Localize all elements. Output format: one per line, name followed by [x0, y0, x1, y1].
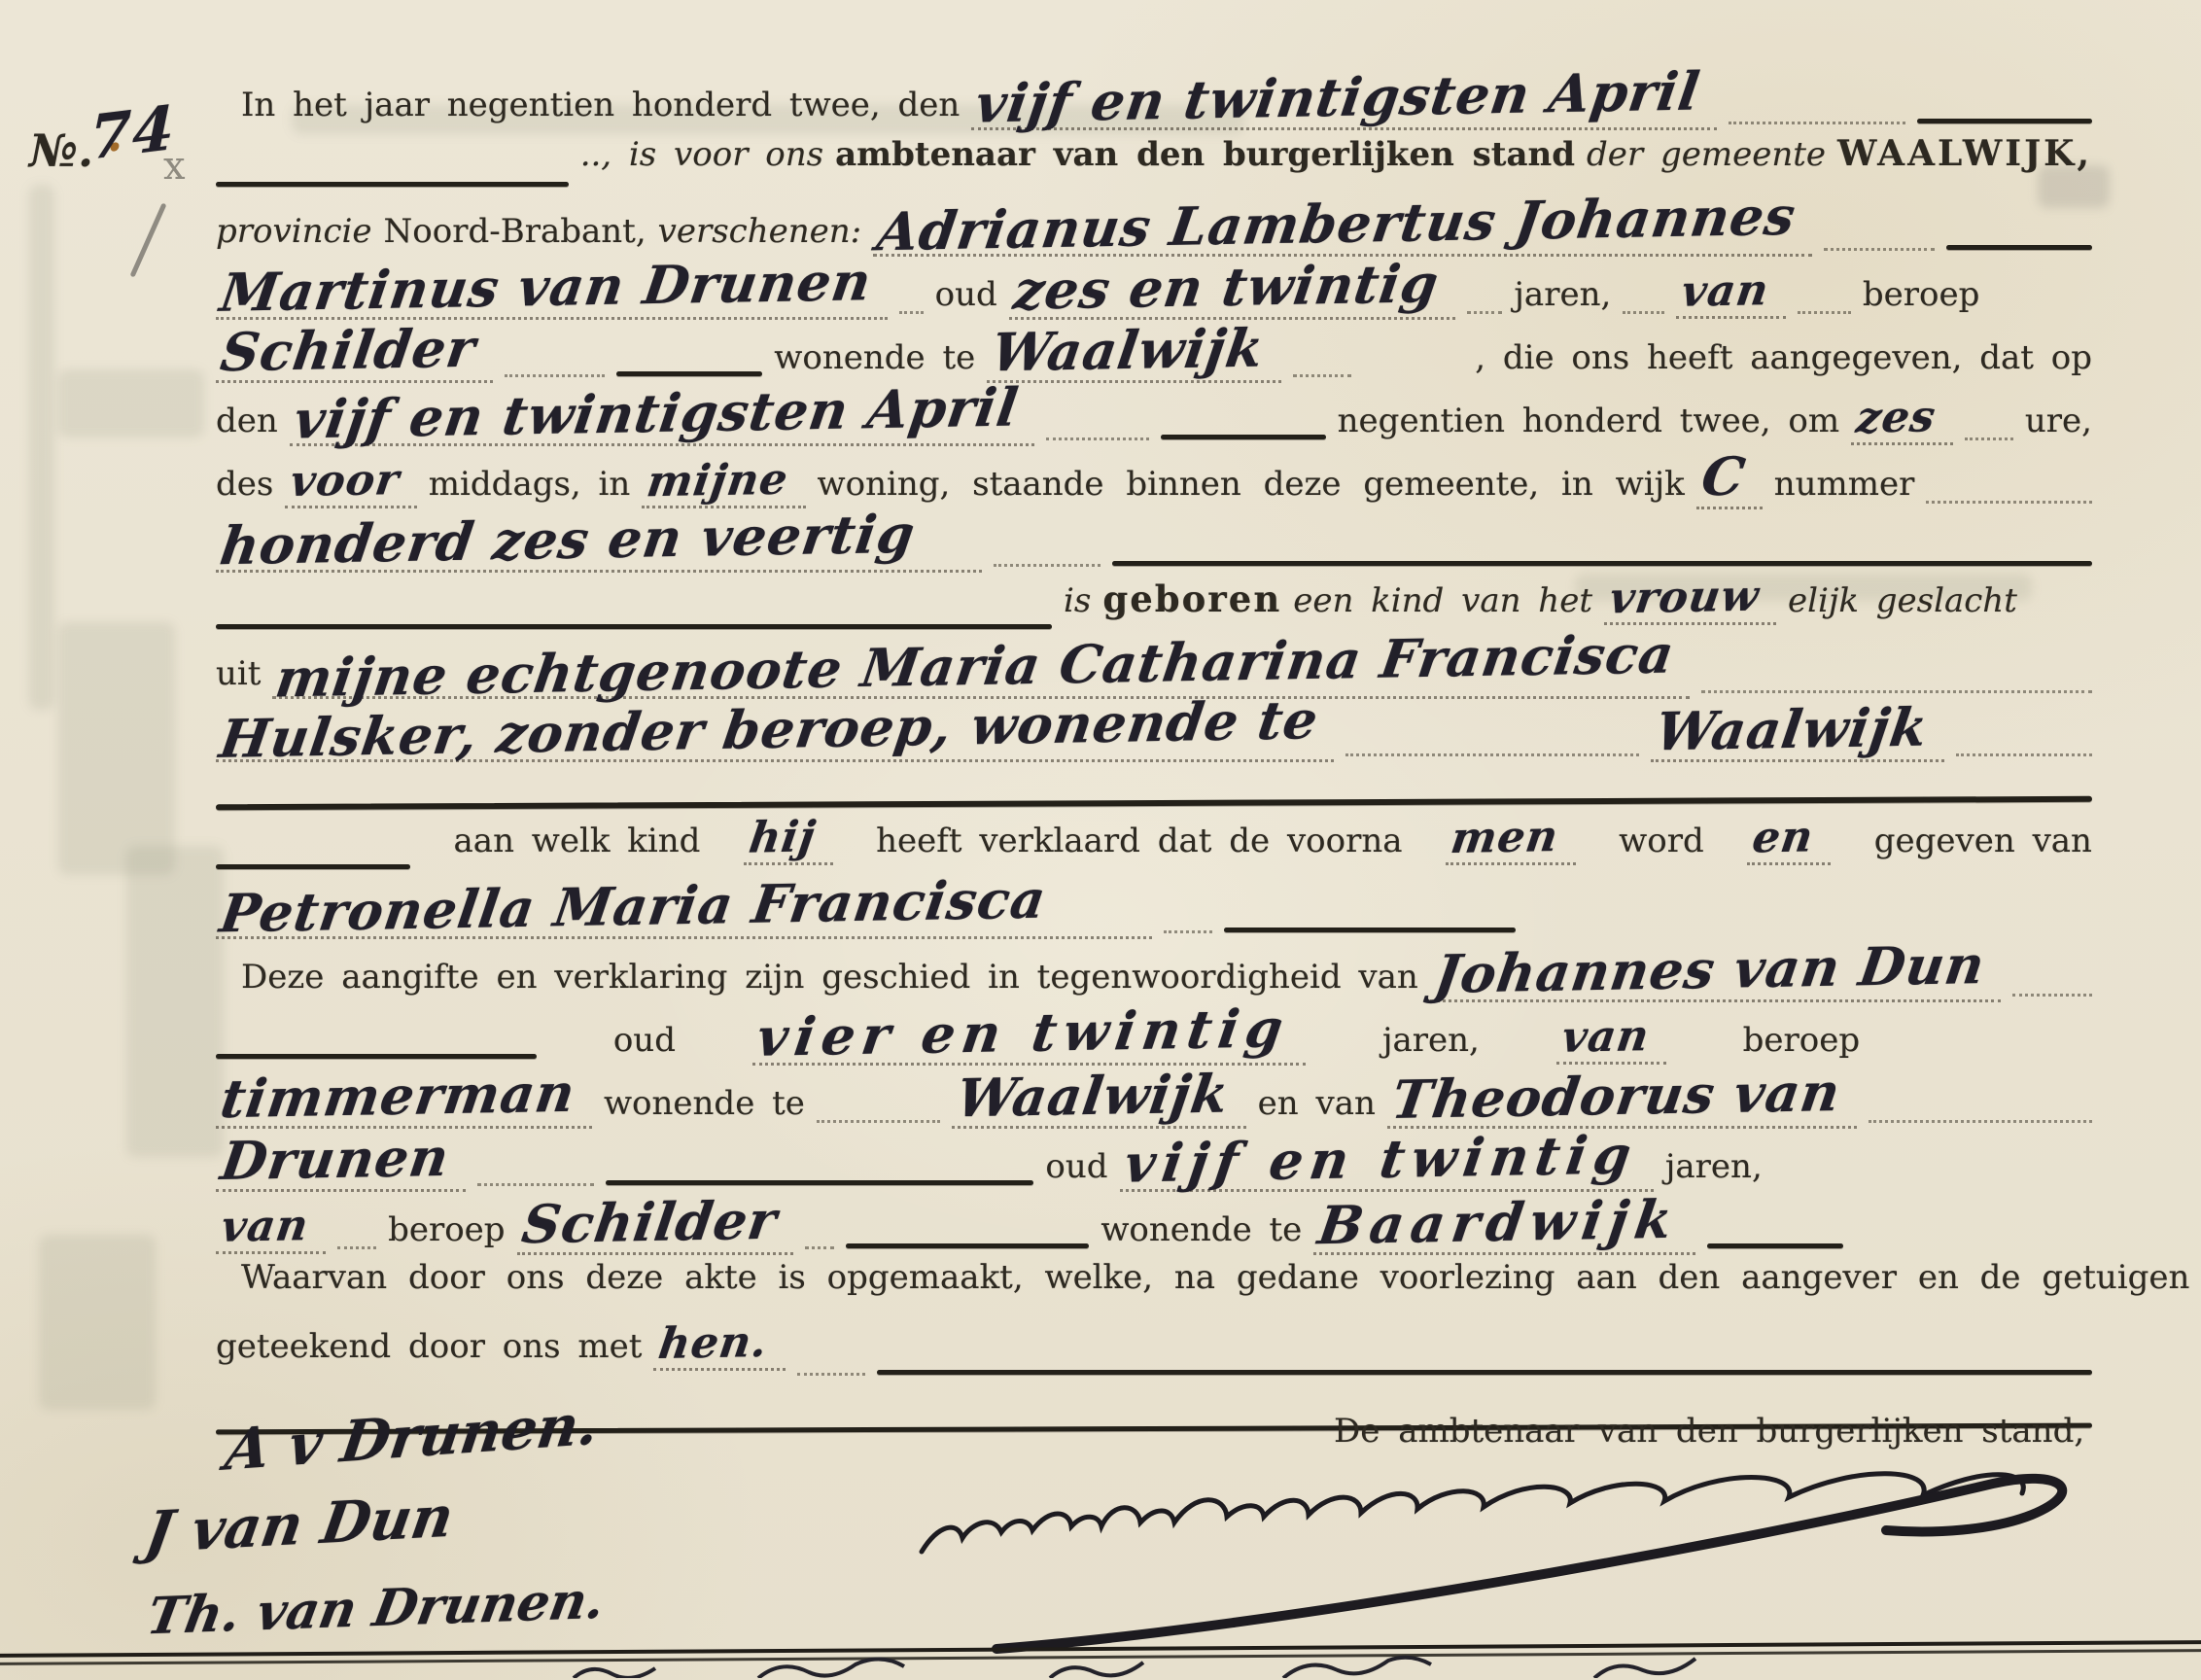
line-house-number: honderd zes en veertig	[216, 512, 2092, 576]
entry-witness1-name: Johannes van Dun	[1431, 937, 1988, 1002]
printed-aged-label: oud	[613, 1021, 676, 1060]
printed-on-the: den	[216, 402, 278, 440]
pencil-check-mark: x	[163, 144, 186, 189]
filler-rule	[616, 371, 762, 376]
printed-is-label: is	[1064, 581, 1091, 620]
entry-van-filler: van	[1679, 268, 1772, 315]
filler-rule	[606, 1180, 1033, 1185]
pencil-tally-mark	[130, 203, 167, 278]
entry-declarant-first-names: Adrianus Lambertus Johannes	[874, 189, 1799, 260]
filler-rule	[1707, 1243, 1843, 1248]
entry-van-filler: van	[219, 1204, 312, 1250]
separator-rule	[216, 796, 2092, 810]
entry-child-names: Petronella Maria Francisca	[217, 872, 1050, 941]
printed-to-which-child: aan welk kind	[454, 822, 701, 860]
certificate-body: In het jaar negentien honderd twee, den …	[216, 70, 2092, 1441]
line-closing-statement: Waarvan door ons deze akte is opgemaakt,…	[216, 1258, 2092, 1321]
bleed-through-mark	[29, 185, 54, 710]
dotted-filler	[1824, 248, 1935, 251]
entry-witness1-residence: Waalwijk	[954, 1067, 1233, 1127]
printed-child-of-phrase: een kind van het	[1293, 581, 1592, 620]
bleed-through-mark	[58, 369, 204, 437]
entry-word-suffix: en	[1750, 815, 1817, 860]
dotted-filler	[1956, 753, 2092, 756]
entry-names-suffix: men	[1449, 815, 1561, 861]
printed-occupation-label: beroep	[1863, 275, 1980, 314]
printed-closing-statement: Waarvan door ons deze akte is opgemaakt,…	[216, 1258, 2201, 1297]
filler-rule	[1917, 119, 2092, 123]
next-entry-glimpse	[544, 1653, 2003, 1678]
line-year-date: In het jaar negentien honderd twee, den …	[216, 70, 2092, 133]
printed-before-us: .., is voor ons	[580, 135, 823, 174]
printed-aged-label: oud	[1045, 1147, 1107, 1186]
dotted-filler	[994, 564, 1100, 567]
entry-birth-hour: zes	[1854, 395, 1939, 441]
line-registrar-municipality: .., is voor ons ambtenaar van den burger…	[216, 133, 2092, 196]
line-child-born-gender: is geboren een kind van het vrouw elijk …	[216, 576, 2092, 639]
printed-born-label: geboren	[1102, 577, 1281, 620]
filler-rule	[216, 1054, 537, 1059]
printed-year-hour-phrase: negentien honderd twee, om	[1338, 402, 1839, 440]
line-witness2-occupation-residence: van beroep Schilder wonende te Baardwijk	[216, 1195, 2092, 1258]
dotted-filler	[1046, 437, 1149, 440]
printed-signed-by-us-with: geteekend door ons met	[216, 1327, 642, 1366]
printed-of-municipality: der gemeente	[1587, 135, 1826, 174]
printed-municipality-name: WAALWIJK,	[1837, 133, 2092, 174]
line-province-appeared: provincie Noord-Brabant, verschenen: Adr…	[216, 196, 2092, 260]
entry-declarant-occupation: Schilder	[218, 321, 479, 380]
printed-des-label: des	[216, 465, 273, 504]
dotted-filler	[1869, 1120, 2092, 1123]
filler-rule	[1112, 561, 2092, 566]
filler-rule	[216, 624, 1052, 629]
printed-occupation-label: beroep	[388, 1210, 506, 1249]
dotted-filler	[797, 1373, 865, 1376]
filler-rule	[1161, 435, 1326, 439]
printed-from-label: uit	[216, 654, 261, 693]
printed-appeared-label: verschenen:	[658, 212, 861, 251]
filler-rule	[216, 864, 410, 869]
filler-rule	[877, 1370, 2092, 1375]
entry-birth-date: vijf en twintigsten April	[291, 380, 1022, 448]
entry-before-after-noon: voor	[288, 458, 402, 505]
dotted-filler	[1164, 930, 1212, 933]
line-mother-surname-residence: Hulsker, zonder beroep, wonende te Waalw…	[216, 702, 2092, 765]
line-witness1-age: oud vier en twintig jaren, van beroep	[216, 1005, 2092, 1068]
printed-occupation-label: beroep	[1743, 1021, 1861, 1060]
entry-declarant-name: Martinus van Drunen	[217, 254, 875, 320]
printed-years-label: jaren,	[1382, 1021, 1480, 1060]
printed-noon-in: middags, in	[429, 465, 631, 504]
entry-witness2-age: vijf en twintig	[1121, 1127, 1641, 1191]
line-birth-date-hour: den vijf en twintigsten April negentien …	[216, 386, 2092, 449]
printed-residing-at: wonende te	[1100, 1210, 1302, 1249]
printed-and-of: en van	[1258, 1084, 1376, 1123]
bleed-through-mark	[39, 1235, 156, 1410]
line-house-location: des voor middags, in mijne woning, staan…	[216, 449, 2092, 512]
filler-rule	[1224, 927, 1516, 932]
line-child-names: Petronella Maria Francisca	[216, 879, 2092, 942]
entry-witness2-residence: Baardwijk	[1315, 1192, 1683, 1253]
entry-witness2-name-part2: Drunen	[218, 1130, 453, 1189]
entry-district-letter: C	[1698, 449, 1749, 505]
entry-mother-residence: Waalwijk	[1652, 700, 1931, 760]
printed-residing-at: wonende te	[774, 338, 975, 377]
dotted-filler	[1293, 374, 1351, 377]
entry-act-date: vijf en twintigsten April	[972, 64, 1703, 132]
dotted-filler	[817, 1120, 940, 1123]
printed-years-label: jaren,	[1665, 1147, 1763, 1186]
entry-witness1-occupation: timmerman	[218, 1066, 579, 1127]
dotted-filler	[1965, 437, 2013, 440]
official-signature	[904, 1437, 2110, 1665]
dotted-filler	[805, 1246, 834, 1249]
printed-residing-at: wonende te	[604, 1084, 805, 1123]
printed-province-label: provincie	[216, 212, 372, 251]
birth-certificate-scan: { "colors": { "paper": "#eae3d2", "print…	[0, 0, 2201, 1680]
filler-rule	[216, 182, 569, 187]
dotted-filler	[1623, 311, 1664, 314]
printed-gender-suffix: elijk geslacht	[1788, 581, 2017, 620]
printed-registrar-title: ambtenaar van den burgerlijken stand	[835, 135, 1575, 174]
dotted-filler	[1345, 753, 1638, 756]
printed-dwelling-phrase: woning, staande binnen deze gemeente, in…	[818, 465, 1685, 504]
printed-year-phrase: In het jaar negentien honderd twee, den	[216, 86, 960, 124]
dotted-filler	[899, 311, 923, 314]
line-declarant-occupation-residence: Schilder wonende te Waalwijk , die ons h…	[216, 323, 2092, 386]
filler-rule	[846, 1243, 1089, 1248]
dotted-filler	[1729, 122, 1905, 124]
filler-rule	[1946, 245, 2092, 250]
dotted-filler	[1926, 501, 2092, 504]
line-signed-by: geteekend door ons met hen.	[216, 1321, 2092, 1384]
entry-whose-dwelling: mijne	[645, 458, 791, 506]
witness-signature: Th. van Drunen.	[143, 1571, 610, 1647]
entry-van-filler: van	[1558, 1014, 1652, 1061]
printed-province-name: Noord-Brabant,	[384, 212, 646, 251]
line-naming-declaration: aan welk kind hij heeft verklaard dat de…	[216, 816, 2092, 879]
printed-oclock-label: ure,	[2025, 402, 2092, 440]
printed-years-label: jaren,	[1514, 275, 1611, 314]
dotted-filler	[1467, 311, 1503, 314]
separator-rule-row	[216, 765, 2092, 816]
entry-them: hen.	[656, 1320, 771, 1367]
line-witness2-age: Drunen oud vijf en twintig jaren,	[216, 1132, 2092, 1195]
dotted-filler	[337, 1246, 376, 1249]
printed-declared-that: , die ons heeft aangegeven, dat op	[1475, 338, 2092, 377]
dotted-filler	[2012, 994, 2092, 997]
entry-witness2-occupation: Schilder	[518, 1193, 780, 1252]
entry-witness2-name-part1: Theodorus van	[1388, 1065, 1843, 1128]
entry-he-she: hij	[747, 815, 819, 860]
entry-declarant-residence: Waalwijk	[989, 321, 1268, 381]
dotted-filler	[505, 374, 606, 377]
entry-gender-prefix: vrouw	[1607, 575, 1763, 622]
bleed-through-mark	[58, 622, 175, 875]
entry-house-number: honderd zes en veertig	[217, 507, 919, 574]
line-declarant-age: Martinus van Drunen oud zes en twintig j…	[216, 260, 2092, 323]
dotted-filler	[1798, 311, 1851, 314]
act-number-label: №.	[29, 124, 93, 177]
entry-declarant-age: zes en twintig	[1010, 256, 1442, 318]
bleed-through-mark	[126, 846, 224, 1157]
printed-number-label: nummer	[1774, 465, 1915, 504]
dotted-filler	[477, 1183, 594, 1186]
line-witnesses-intro: Deze aangifte en verklaring zijn geschie…	[216, 942, 2092, 1005]
printed-aged-label: oud	[935, 275, 997, 314]
dotted-filler	[1701, 690, 2092, 693]
line-witness1-occupation-witness2: timmerman wonende te Waalwijk en van The…	[216, 1068, 2092, 1132]
printed-declaration-witnesses: Deze aangifte en verklaring zijn geschie…	[216, 958, 1418, 997]
printed-given-of: gegeven van	[1874, 822, 2092, 860]
printed-declared-names: heeft verklaard dat de voorna	[876, 822, 1402, 860]
witness-signature: J van Dun	[141, 1483, 458, 1565]
entry-witness1-age: vier en twintig	[753, 1000, 1293, 1065]
printed-word-label: word	[1619, 822, 1704, 860]
